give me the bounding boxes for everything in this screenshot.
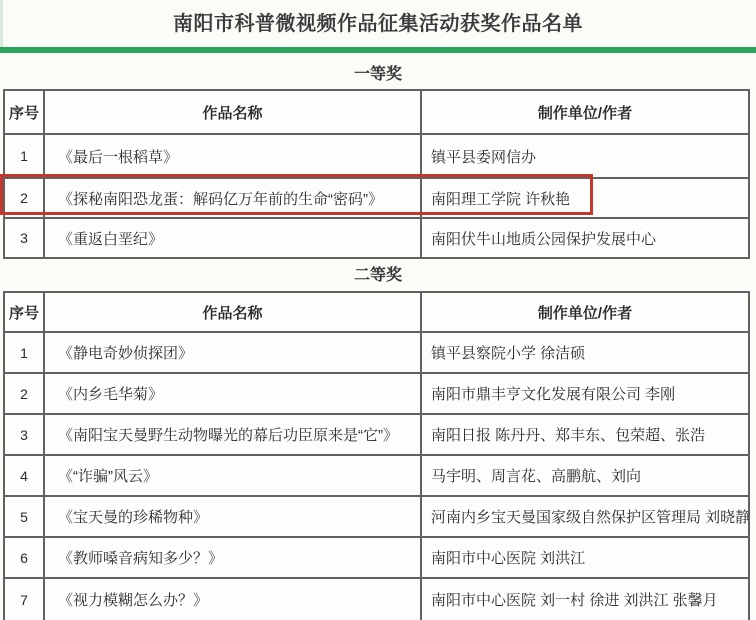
section-heading-first-prize: 一等奖 [0, 61, 756, 84]
row-index: 3 [5, 415, 45, 454]
producer: 南阳市鼎丰亨文化发展有限公司 李刚 [422, 374, 748, 413]
table-header-row: 序号 作品名称 制作单位/作者 [5, 293, 748, 333]
producer: 南阳市中心医院 刘洪江 [422, 538, 748, 577]
work-title: 《静电奇妙侦探团》 [45, 333, 422, 372]
row-index: 5 [5, 497, 45, 536]
green-divider [0, 47, 756, 53]
header-work: 作品名称 [45, 91, 422, 133]
table-row: 3 《南阳宝天曼野生动物曝光的幕后功臣原来是“它”》 南阳日报 陈丹丹、郑丰东、… [5, 415, 748, 456]
table-row: 3 《重返白垩纪》 南阳伏牛山地质公园保护发展中心 [5, 219, 748, 257]
first-prize-table: 序号 作品名称 制作单位/作者 1 《最后一根稻草》 镇平县委网信办 2 《探秘… [3, 89, 750, 259]
table-row-highlighted: 2 《探秘南阳恐龙蛋：解码亿万年前的生命“密码”》 南阳理工学院 许秋艳 [5, 179, 748, 219]
work-title: 《“诈骗”风云》 [45, 456, 422, 495]
row-index: 2 [5, 179, 45, 217]
section-heading-second-prize: 二等奖 [0, 262, 756, 285]
producer: 南阳市中心医院 刘一村 徐进 刘洪江 张馨月 [422, 579, 748, 620]
producer: 镇平县察院小学 徐洁硕 [422, 333, 748, 372]
table-row: 2 《内乡毛华菊》 南阳市鼎丰亨文化发展有限公司 李刚 [5, 374, 748, 415]
work-title: 《最后一根稻草》 [45, 135, 422, 177]
table-header-row: 序号 作品名称 制作单位/作者 [5, 91, 748, 135]
producer: 马宇明、周言花、高鹏航、刘向 [422, 456, 748, 495]
work-title: 《视力模糊怎么办？》 [45, 579, 422, 620]
page-title: 南阳市科普微视频作品征集活动获奖作品名单 [0, 7, 756, 36]
row-index: 6 [5, 538, 45, 577]
row-index: 2 [5, 374, 45, 413]
row-index: 7 [5, 579, 45, 620]
work-title: 《南阳宝天曼野生动物曝光的幕后功臣原来是“它”》 [45, 415, 422, 454]
row-index: 3 [5, 219, 45, 257]
header-index: 序号 [5, 91, 45, 133]
table-row: 4 《“诈骗”风云》 马宇明、周言花、高鹏航、刘向 [5, 456, 748, 497]
work-title: 《内乡毛华菊》 [45, 374, 422, 413]
work-title: 《重返白垩纪》 [45, 219, 422, 257]
work-title: 《探秘南阳恐龙蛋：解码亿万年前的生命“密码”》 [45, 179, 422, 217]
table-row: 7 《视力模糊怎么办？》 南阳市中心医院 刘一村 徐进 刘洪江 张馨月 [5, 579, 748, 620]
header-work: 作品名称 [45, 293, 422, 331]
header-producer: 制作单位/作者 [422, 293, 748, 331]
header-producer: 制作单位/作者 [422, 91, 748, 133]
table-row: 1 《最后一根稻草》 镇平县委网信办 [5, 135, 748, 179]
producer: 河南内乡宝天曼国家级自然保护区管理局 刘晓静 [422, 497, 748, 536]
producer: 南阳理工学院 许秋艳 [422, 179, 748, 217]
row-index: 4 [5, 456, 45, 495]
row-index: 1 [5, 135, 45, 177]
second-prize-table: 序号 作品名称 制作单位/作者 1 《静电奇妙侦探团》 镇平县察院小学 徐洁硕 … [3, 291, 750, 620]
table-row: 5 《宝天曼的珍稀物种》 河南内乡宝天曼国家级自然保护区管理局 刘晓静 [5, 497, 748, 538]
table-row: 6 《教师嗓音病知多少？》 南阳市中心医院 刘洪江 [5, 538, 748, 579]
table-row: 1 《静电奇妙侦探团》 镇平县察院小学 徐洁硕 [5, 333, 748, 374]
producer: 南阳伏牛山地质公园保护发展中心 [422, 219, 748, 257]
row-index: 1 [5, 333, 45, 372]
producer: 镇平县委网信办 [422, 135, 748, 177]
producer: 南阳日报 陈丹丹、郑丰东、包荣超、张浩 [422, 415, 748, 454]
work-title: 《教师嗓音病知多少？》 [45, 538, 422, 577]
work-title: 《宝天曼的珍稀物种》 [45, 497, 422, 536]
header-index: 序号 [5, 293, 45, 331]
